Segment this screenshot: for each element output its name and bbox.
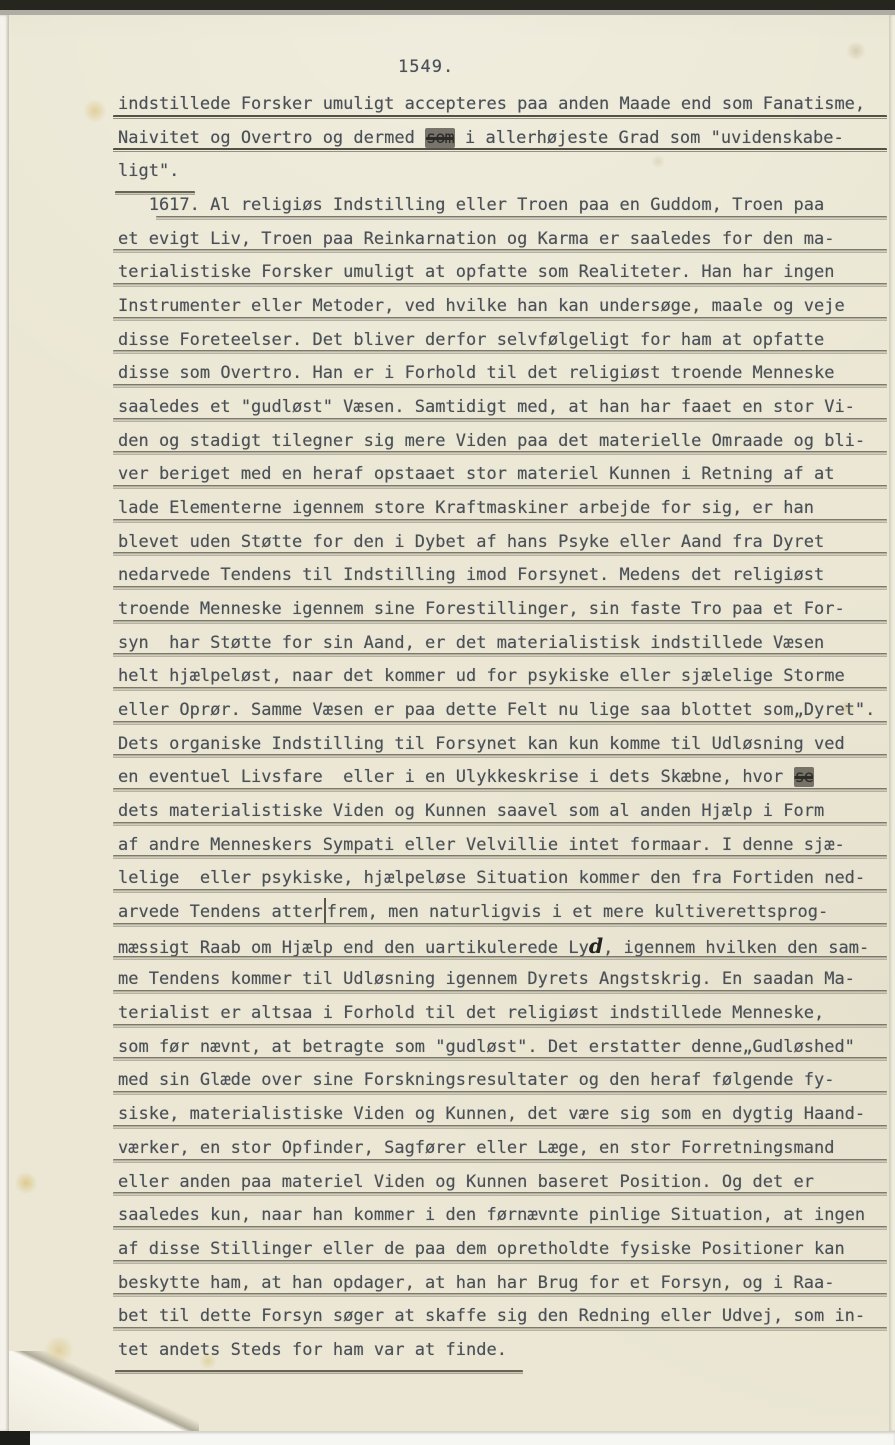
text-line: ligt". <box>118 155 884 189</box>
text-line-content: nedarvede Tendens til Indstilling imod F… <box>118 559 824 593</box>
text-line-content: 1617. Al religiøs Indstilling eller Troe… <box>118 189 824 223</box>
pen-insertion-mark <box>324 898 326 924</box>
text-line-content: mæssigt Raab om Hjælp end den uartikuler… <box>118 930 869 966</box>
text-line-content: troende Menneske igennem sine Forestilli… <box>118 593 845 627</box>
text-line-content: et evigt Liv, Troen paa Reinkarnation og… <box>118 223 834 257</box>
text-line: tet andets Steds for ham var at finde. <box>118 1334 884 1368</box>
text-line-content: som før nævnt, at betragte som "gudløst"… <box>118 1031 855 1065</box>
text-line: ver beriget med en heraf opstaaet stor m… <box>118 458 884 492</box>
text-line-content: af andre Menneskers Sympati eller Velvil… <box>118 829 845 863</box>
text-line-content: Dets organiske Indstilling til Forsynet … <box>118 728 845 762</box>
text-line: Naivitet og Overtro og dermed som i alle… <box>118 122 884 156</box>
scan-edge-top-gray-strip <box>0 10 895 15</box>
text-line: den og stadigt tilegner sig mere Viden p… <box>118 425 884 459</box>
text-line-content: terialistiske Forsker umuligt at opfatte… <box>118 256 834 290</box>
text-line: blevet uden Støtte for den i Dybet af ha… <box>118 526 884 560</box>
text-line-content: eller Oprør. Samme Væsen er paa dette Fe… <box>118 694 875 728</box>
text-line-content: arvede Tendens atterfrem, men naturligvi… <box>118 896 828 930</box>
text-line: disse som Overtro. Han er i Forhold til … <box>118 357 884 391</box>
text-line-content: syn har Støtte for sin Aand, er det mate… <box>118 627 824 661</box>
text-line-content: helt hjælpeløst, naar det kommer ud for … <box>118 660 845 694</box>
text-line-content: me Tendens kommer til Udløsning igennem … <box>118 963 855 997</box>
text-line: terialist er altsaa i Forhold til det re… <box>118 997 884 1031</box>
text-line-content: bet til dette Forsyn søger at skaffe sig… <box>118 1300 865 1334</box>
text-line-content: eller anden paa materiel Viden og Kunnen… <box>118 1166 814 1200</box>
text-line: saaledes kun, naar han kommer i den førn… <box>118 1199 884 1233</box>
text-line: lade Elementerne igennem store Kraftmask… <box>118 492 884 526</box>
text-line: dets materialistiske Viden og Kunnen saa… <box>118 795 884 829</box>
struck-out-word: som <box>425 128 455 148</box>
paper-stain <box>14 1172 38 1194</box>
text-line: eller Oprør. Samme Væsen er paa dette Fe… <box>118 694 884 728</box>
paper-stain <box>845 42 867 60</box>
text-line: indstillede Forsker umuligt accepteres p… <box>118 88 884 122</box>
text-line: eller anden paa materiel Viden og Kunnen… <box>118 1166 884 1200</box>
text-line: Dets organiske Indstilling til Forsynet … <box>118 728 884 762</box>
text-line-content: med sin Glæde over sine Forskningsresult… <box>118 1064 834 1098</box>
text-line-content: Naivitet og Overtro og dermed som i alle… <box>118 122 844 156</box>
text-line: værker, en stor Opfinder, Sagfører eller… <box>118 1132 884 1166</box>
text-line-content: en eventuel Livsfare eller i en Ulykkesk… <box>118 761 814 795</box>
text-line-content: den og stadigt tilegner sig mere Viden p… <box>118 425 865 459</box>
text-line: nedarvede Tendens til Indstilling imod F… <box>118 559 884 593</box>
text-line: syn har Støtte for sin Aand, er det mate… <box>118 627 884 661</box>
text-line: som før nævnt, at betragte som "gudløst"… <box>118 1031 884 1065</box>
text-line-content: Instrumenter eller Metoder, ved hvilke h… <box>118 290 845 324</box>
text-line: siske, materialistiske Viden og Kunnen, … <box>118 1098 884 1132</box>
text-line: arvede Tendens atterfrem, men naturligvi… <box>118 896 884 930</box>
typewritten-text-block: indstillede Forsker umuligt accepteres p… <box>118 88 884 1368</box>
text-line: 1617. Al religiøs Indstilling eller Troe… <box>118 189 884 223</box>
scanned-typewritten-page: { "colors": { "paper": "#ebe7d4", "ink":… <box>0 0 895 1445</box>
text-line-content: terialist er altsaa i Forhold til det re… <box>118 997 824 1031</box>
text-line: terialistiske Forsker umuligt at opfatte… <box>118 256 884 290</box>
text-line: me Tendens kommer til Udløsning igennem … <box>118 963 884 997</box>
text-line: af disse Stillinger eller de paa dem opr… <box>118 1233 884 1267</box>
text-line-content: saaledes et "gudløst" Væsen. Samtidigt m… <box>118 391 855 425</box>
text-line-content: tet andets Steds for ham var at finde. <box>118 1334 507 1368</box>
scan-edge-top <box>0 0 895 10</box>
text-line-content: lelige eller psykiske, hjælpeløse Situat… <box>118 862 865 896</box>
text-line-content: beskytte ham, at han opdager, at han har… <box>118 1267 834 1301</box>
handwritten-correction: d <box>589 934 603 958</box>
text-line: af andre Menneskers Sympati eller Velvil… <box>118 829 884 863</box>
text-line-content: saaledes kun, naar han kommer i den førn… <box>118 1199 865 1233</box>
text-line: Instrumenter eller Metoder, ved hvilke h… <box>118 290 884 324</box>
text-line-content: disse som Overtro. Han er i Forhold til … <box>118 357 834 391</box>
text-line-content: dets materialistiske Viden og Kunnen saa… <box>118 795 824 829</box>
struck-out-word: se <box>794 767 814 787</box>
text-line-content: lade Elementerne igennem store Kraftmask… <box>118 492 814 526</box>
text-line: beskytte ham, at han opdager, at han har… <box>118 1267 884 1301</box>
paper-stain <box>82 100 108 122</box>
text-line: lelige eller psykiske, hjælpeløse Situat… <box>118 862 884 896</box>
text-line: saaledes et "gudløst" Væsen. Samtidigt m… <box>118 391 884 425</box>
scan-edge-right <box>889 15 895 1431</box>
text-line: med sin Glæde over sine Forskningsresult… <box>118 1064 884 1098</box>
text-line: bet til dette Forsyn søger at skaffe sig… <box>118 1300 884 1334</box>
text-line: et evigt Liv, Troen paa Reinkarnation og… <box>118 223 884 257</box>
text-line-content: værker, en stor Opfinder, Sagfører eller… <box>118 1132 834 1166</box>
text-line-content: indstillede Forsker umuligt accepteres p… <box>118 88 865 122</box>
text-line-content: siske, materialistiske Viden og Kunnen, … <box>118 1098 865 1132</box>
text-line: disse Foreteelser. Det bliver derfor sel… <box>118 324 884 358</box>
scan-edge-bottom <box>0 1431 895 1445</box>
scan-edge-bottom-dark-corner <box>0 1431 30 1445</box>
text-line-content: disse Foreteelser. Det bliver derfor sel… <box>118 324 824 358</box>
text-line: helt hjælpeløst, naar det kommer ud for … <box>118 660 884 694</box>
page-number: 1549. <box>398 57 454 77</box>
text-line-content: blevet uden Støtte for den i Dybet af ha… <box>118 526 824 560</box>
text-line: mæssigt Raab om Hjælp end den uartikuler… <box>118 930 884 964</box>
scan-edge-left <box>0 15 9 1431</box>
text-line: en eventuel Livsfare eller i en Ulykkesk… <box>118 761 884 795</box>
text-line-content: af disse Stillinger eller de paa dem opr… <box>118 1233 845 1267</box>
text-line-content: ver beriget med en heraf opstaaet stor m… <box>118 458 834 492</box>
text-line-content: ligt". <box>118 155 179 189</box>
text-line: troende Menneske igennem sine Forestilli… <box>118 593 884 627</box>
